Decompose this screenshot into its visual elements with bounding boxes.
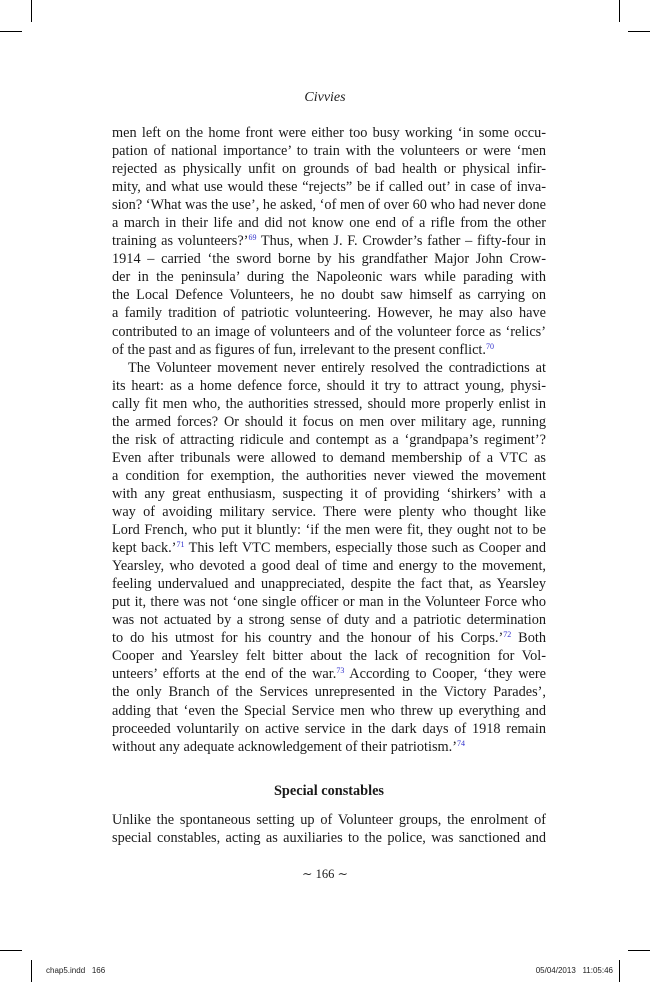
slug-timestamp: 05/04/2013 11:05:46 [536,966,613,975]
paragraph-2: The Volunteer movement never entirely re… [112,359,546,756]
text-line: the risk of attracting ridicule and cont… [112,431,546,449]
text-line: a march in their life and did not know o… [112,214,546,232]
text-line: 1914 – carried ‘the sword borne by his g… [112,250,546,268]
text-line: contributed to an image of volunteers an… [112,323,546,341]
text-segment: According to Cooper, ‘they were [344,666,546,682]
text-line: rejected as physically unfit on grounds … [112,160,546,178]
text-line: feeling undervalued and unappreciated, d… [112,575,546,593]
text-line: kept back.’71 This left VTC members, esp… [112,539,546,557]
text-line: cally fit men who, the authorities stres… [112,395,546,413]
text-line: the Local Defence Volunteers, he no doub… [112,286,546,304]
body-text-continued: Unlike the spontaneous setting up of Vol… [112,811,546,847]
text-line: The Volunteer movement never entirely re… [112,359,546,377]
slug-file-info: chap5.indd 166 [46,966,105,975]
running-head: Civvies [0,90,650,106]
text-line: unteers’ efforts at the end of the war.7… [112,665,546,683]
text-line: mity, and what use would these “rejects”… [112,178,546,196]
text-line: way of avoiding military service. There … [112,503,546,521]
crop-mark-top-right-vertical [619,0,620,22]
crop-mark-top-left-vertical [31,0,32,22]
text-line: of the past and as figures of fun, irrel… [112,341,546,359]
text-segment: of the past and as figures of fun, irrel… [112,342,486,358]
text-segment: This left VTC members, especially those … [184,540,546,556]
text-line: special constables, acting as auxiliarie… [112,829,546,847]
text-segment: without any adequate acknowledgement of … [112,739,457,755]
text-segment: to do his utmost for his country and the… [112,630,503,646]
text-segment: Thus, when J. F. Crowder’s father – fift… [256,233,546,249]
text-line: Lord French, who put it bluntly: ‘if the… [112,521,546,539]
text-line: adding that ‘even the Special Service me… [112,702,546,720]
text-line: with any great enthusiasm, suspecting it… [112,485,546,503]
text-line: training as volunteers?’69 Thus, when J.… [112,232,546,250]
text-line: to do his utmost for his country and the… [112,629,546,647]
crop-mark-bottom-right-horizontal [628,950,650,951]
crop-mark-bottom-left-horizontal [0,950,22,951]
text-line: sion? ‘What was the use’, he asked, ‘of … [112,196,546,214]
text-line: without any adequate acknowledgement of … [112,738,546,756]
section-heading: Special constables [0,783,650,800]
footnote-ref[interactable]: 74 [457,739,465,748]
text-line: was not actuated by a strong sense of du… [112,611,546,629]
text-segment: kept back.’ [112,540,176,556]
text-line: pation of national importance’ to train … [112,142,546,160]
text-segment: training as volunteers?’ [112,233,248,249]
text-line: Even after tribunals were allowed to dem… [112,449,546,467]
crop-mark-bottom-left-vertical [31,960,32,982]
text-line: the armed forces? Or should it focus on … [112,413,546,431]
text-line: a condition for exemption, the authoriti… [112,467,546,485]
text-line: its heart: as a home defence force, shou… [112,377,546,395]
text-line: proceeded voluntarily on active service … [112,720,546,738]
text-segment: Both [511,630,546,646]
paragraph-3: Unlike the spontaneous setting up of Vol… [112,811,546,847]
text-line: men left on the home front were either t… [112,124,546,142]
text-segment: unteers’ efforts at the end of the war. [112,666,336,682]
crop-mark-top-right-horizontal [628,31,650,32]
text-line: Yearsley, who devoted a good deal of tim… [112,557,546,575]
paragraph-1: men left on the home front were either t… [112,124,546,359]
text-line: Unlike the spontaneous setting up of Vol… [112,811,546,829]
crop-mark-bottom-right-vertical [619,960,620,982]
text-line: put it, there was not ‘one single office… [112,593,546,611]
crop-mark-top-left-horizontal [0,31,22,32]
text-line: a family tradition of patriotic voluntee… [112,304,546,322]
text-line: the only Branch of the Services unrepres… [112,683,546,701]
text-line: der in the peninsula’ during the Napoleo… [112,268,546,286]
page-number: ∼ 166 ∼ [0,866,650,882]
footnote-ref[interactable]: 70 [486,342,494,351]
body-text: men left on the home front were either t… [112,124,546,756]
text-line: Cooper and Yearsley felt bitter about th… [112,647,546,665]
